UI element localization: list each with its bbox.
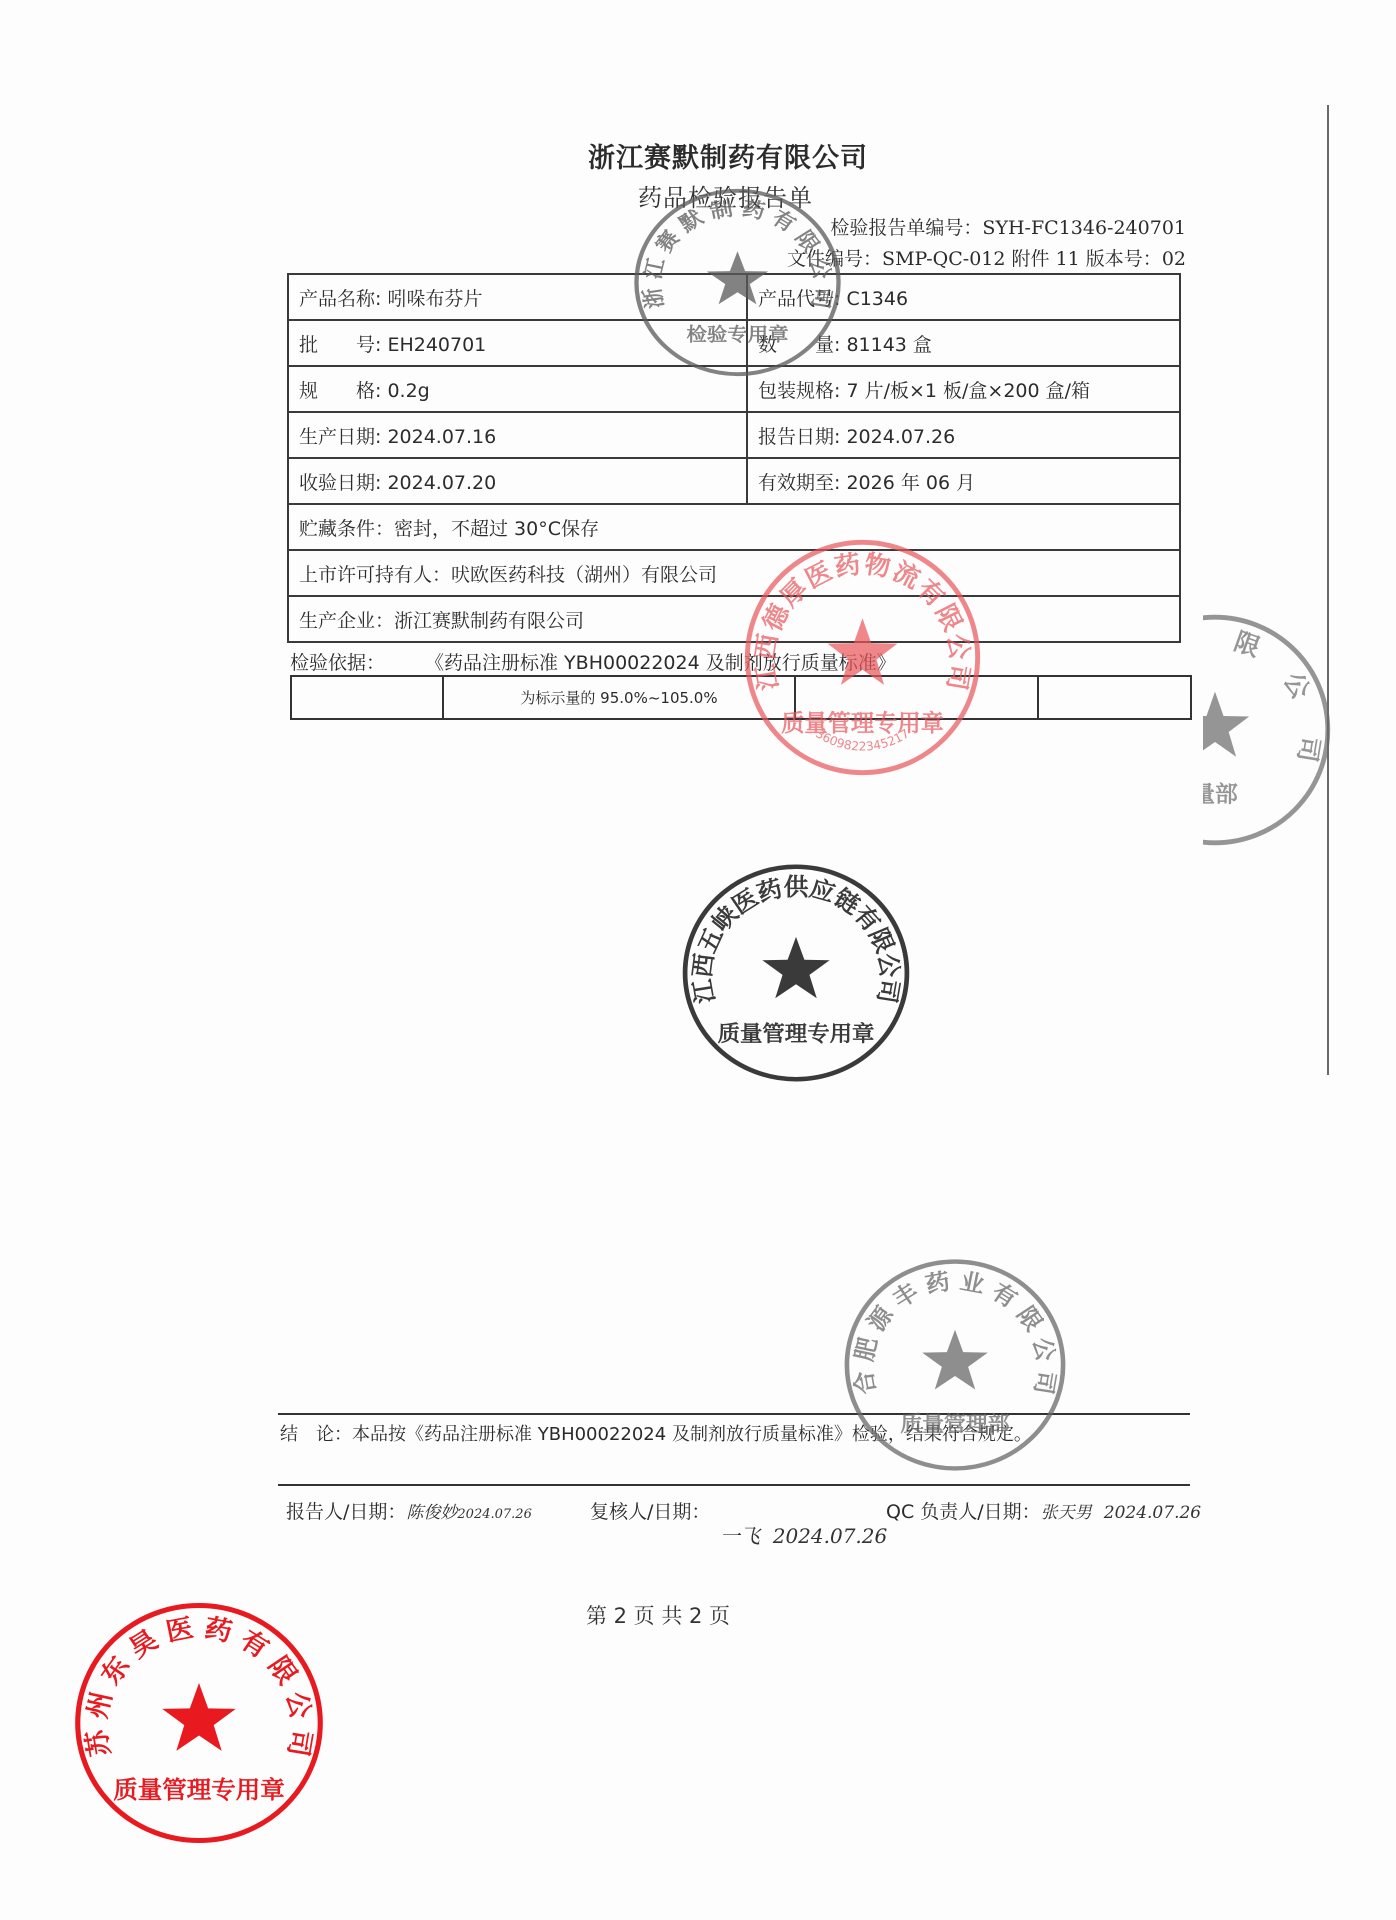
qc-signature: QC 负责人/日期：张天男 2024.07.26 <box>886 1497 1201 1524</box>
reviewer-date: 2024.07.26 <box>773 1524 888 1548</box>
report-number: 检验报告单编号：SYH-FC1346-240701 <box>830 213 1186 240</box>
manufacturer-cell: 生产企业：浙江赛默制药有限公司 <box>288 596 1180 642</box>
production-date-cell: 生产日期: 2024.07.16 <box>288 412 747 458</box>
svg-text:质量管理专用章: 质量管理专用章 <box>113 1776 285 1804</box>
report-date-cell: 报告日期: 2024.07.26 <box>747 412 1180 458</box>
svg-text:检验专用章: 检验专用章 <box>686 324 789 346</box>
table-row: 贮藏条件：密封，不超过 30°C保存 <box>288 504 1180 550</box>
svg-text:质量管理专用章: 质量管理专用章 <box>781 710 944 737</box>
document-number: 文件编号：SMP-QC-012 附件 11 版本号：02 <box>787 244 1186 271</box>
receipt-date-cell: 收验日期: 2024.07.20 <box>288 458 747 504</box>
reporter-label: 报告人/日期： <box>286 1501 406 1523</box>
reporter-signature-name: 陈俊妙 <box>406 1503 457 1523</box>
expiry-date-cell: 有效期至: 2026 年 06 月 <box>747 458 1180 504</box>
inspection-seal-stamp: 浙江赛默制药有限公司检验专用章 <box>630 185 845 380</box>
version-value: 02 <box>1162 248 1186 270</box>
result-cell <box>1039 677 1190 718</box>
document-number-value: SMP-QC-012 <box>882 248 1005 270</box>
qc-label: QC 负责人/日期： <box>886 1501 1041 1523</box>
reviewer-signature-name: 一飞 <box>720 1524 760 1548</box>
qc-signature-name: 张天男 <box>1041 1503 1092 1523</box>
jiangxi-dehou-seal-stamp: 江西德厚医药物流有限公司质量管理专用章3609822345217 <box>740 535 985 780</box>
result-cell <box>292 677 444 718</box>
table-row: 生产企业：浙江赛默制药有限公司 <box>288 596 1180 642</box>
company-title: 浙江赛默制药有限公司 <box>588 136 868 175</box>
table-row: 收验日期: 2024.07.20 有效期至: 2026 年 06 月 <box>288 458 1180 504</box>
table-row: 上市许可持有人：吠欧医药科技（湖州）有限公司 <box>288 550 1180 596</box>
right-edge-seal-stamp: 川）有限公司量部 <box>1095 610 1335 850</box>
storage-condition-cell: 贮藏条件：密封，不超过 30°C保存 <box>288 504 1180 550</box>
jiangxi-wuxia-seal-stamp: 江西五峡医药供应链有限公司质量管理专用章 <box>678 860 914 1086</box>
reviewer-handwriting: 一飞 2024.07.26 <box>720 1520 887 1549</box>
report-number-label: 检验报告单编号： <box>830 217 982 239</box>
svg-text:质量管理专用章: 质量管理专用章 <box>718 1021 875 1046</box>
divider <box>278 1484 1190 1486</box>
reviewer-label: 复核人/日期： <box>590 1501 710 1523</box>
reporter-signature: 报告人/日期：陈俊妙2024.07.26 <box>286 1497 532 1524</box>
inspection-basis-label: 检验依据： <box>290 652 385 674</box>
svg-text:量部: 量部 <box>1192 781 1238 808</box>
qc-date: 2024.07.26 <box>1104 1503 1201 1523</box>
license-holder-cell: 上市许可持有人：吠欧医药科技（湖州）有限公司 <box>288 550 1180 596</box>
page-edge-line <box>1327 105 1329 1075</box>
suzhou-seal-stamp: 苏州东昊医药有限公司质量管理专用章 <box>70 1598 328 1848</box>
table-row: 生产日期: 2024.07.16 报告日期: 2024.07.26 <box>288 412 1180 458</box>
report-number-value: SYH-FC1346-240701 <box>982 217 1186 239</box>
reviewer-signature: 复核人/日期： <box>590 1497 710 1524</box>
version-label: 版本号： <box>1086 248 1162 270</box>
hefei-seal-stamp: 合肥源丰药业有限公司质量管理部 <box>840 1255 1070 1475</box>
attachment-number: 附件 11 <box>1012 248 1080 270</box>
reporter-date: 2024.07.26 <box>457 1507 531 1522</box>
svg-text:质量管理部: 质量管理部 <box>900 1411 1010 1436</box>
